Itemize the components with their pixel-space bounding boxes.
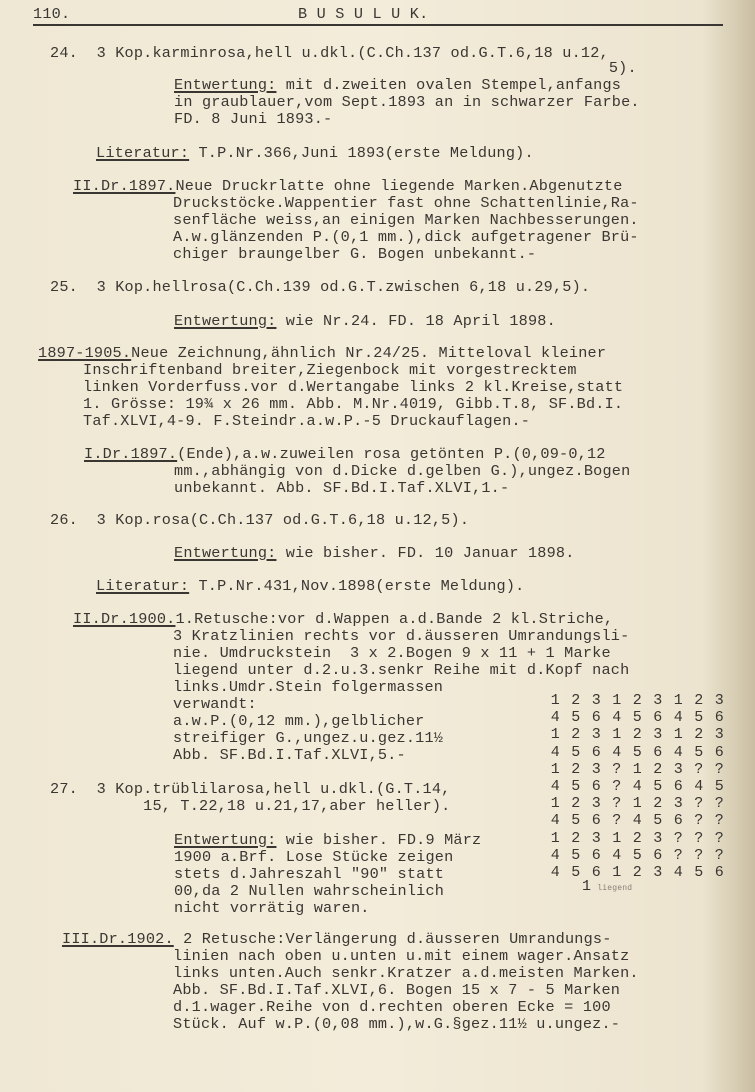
entry-25-line-1: 25. 3 Kop.hellrosa(C.Ch.139 od.G.T.zwisc…: [50, 279, 590, 296]
grid-row: 456?456??: [545, 812, 730, 829]
grid-cell: 4: [627, 812, 648, 829]
grid-cell: 2: [566, 795, 587, 812]
grid-cell: 4: [668, 864, 689, 881]
grid-row: 456456456: [545, 709, 730, 726]
grid-cell: 5: [566, 812, 587, 829]
literatur-label: Literatur:: [96, 144, 189, 162]
grid-cell: 6: [668, 778, 689, 795]
dr2-1900-line-7: a.w.P.(0,12 mm.),gelblicher: [173, 713, 424, 730]
grid-cell: 6: [709, 709, 730, 726]
grid-cell: 4: [545, 709, 566, 726]
page-title: B U S U L U K.: [298, 6, 428, 23]
grid-cell: 5: [689, 709, 710, 726]
page-number: 110.: [33, 6, 70, 23]
grid-cell: 1: [668, 692, 689, 709]
grid-cell: 4: [607, 744, 628, 761]
grid-cell: 3: [586, 795, 607, 812]
grid-cell: 1: [607, 830, 628, 847]
dr2-1897-line-5: chiger braungelber G. Bogen unbekannt.-: [173, 246, 536, 263]
grid-cell: 2: [566, 726, 587, 743]
grid-cell: ?: [709, 812, 730, 829]
grid-cell: 6: [586, 778, 607, 795]
document-page: 110. B U S U L U K. 24. 3 Kop.karminrosa…: [0, 0, 755, 1092]
grid-cell: 4: [545, 812, 566, 829]
dr3-1902-line-4: Abb. SF.Bd.I.Taf.XLVI,6. Bogen 15 x 7 - …: [173, 982, 620, 999]
grid-cell: 3: [648, 864, 669, 881]
entry-24-entwertung: Entwertung: mit d.zweiten ovalen Stempel…: [174, 77, 621, 94]
grid-cell: 4: [689, 778, 710, 795]
transfer-stone-grid: 123123123456456456123123123456456456123?…: [545, 692, 730, 881]
entry-24-entwertung-line-2: in graublauer,vom Sept.1893 an in schwar…: [174, 94, 640, 111]
grid-cell: ?: [607, 778, 628, 795]
grid-cell: 6: [709, 864, 730, 881]
entry-27-ent-line-3: stets d.Jahreszahl "90" statt: [174, 866, 444, 883]
grid-cell: 4: [627, 778, 648, 795]
grid-cell: 1: [607, 726, 628, 743]
grid-cell: 3: [648, 830, 669, 847]
grid-cell: 4: [607, 709, 628, 726]
grid-cell: 1: [545, 830, 566, 847]
period-line-4: 1. Grösse: 19¾ x 26 mm. Abb. M.Nr.4019, …: [83, 396, 623, 413]
dr2-1900-line-1: II.Dr.1900.1.Retusche:vor d.Wappen a.d.B…: [73, 611, 613, 628]
header-rule: [33, 24, 723, 26]
dr3-1902-line-5: d.1.wager.Reihe von d.rechten oberen Eck…: [173, 999, 611, 1016]
dr2-1900-line-4: liegend unter d.2.u.3.senkr Reihe mit d.…: [173, 662, 629, 679]
grid-cell: 1: [545, 692, 566, 709]
grid-cell: 2: [648, 795, 669, 812]
dr3-1902-line-2: linien nach oben u.unten u.mit einem wag…: [173, 948, 629, 965]
entry-27-ent-line-5: nicht vorrätig waren.: [174, 900, 370, 917]
grid-cell: ?: [709, 795, 730, 812]
entry-24-literatur: Literatur: T.P.Nr.366,Juni 1893(erste Me…: [96, 145, 534, 162]
entry-27-ent-line-4: 00,da 2 Nullen wahrscheinlich: [174, 883, 444, 900]
grid-cell: ?: [689, 761, 710, 778]
grid-cell: 6: [586, 709, 607, 726]
entry-27-line-2: 15, T.22,18 u.21,17,aber heller).: [50, 798, 451, 815]
grid-cell: 6: [648, 847, 669, 864]
dr2-1900-line-5: links.Umdr.Stein folgermassen: [173, 679, 443, 696]
grid-cell: 3: [709, 726, 730, 743]
dr1-1897-line-1: I.Dr.1897.(Ende),a.w.zuweilen rosa getön…: [84, 446, 606, 463]
grid-cell: ?: [709, 830, 730, 847]
dr2-1900-label: II.Dr.1900.: [73, 610, 175, 628]
grid-row: 123123123: [545, 692, 730, 709]
grid-cell: 2: [648, 761, 669, 778]
grid-cell: 2: [689, 726, 710, 743]
grid-cell: 6: [586, 744, 607, 761]
grid-cell: 3: [668, 761, 689, 778]
entry-26-entwertung: Entwertung: wie bisher. FD. 10 Januar 18…: [174, 545, 575, 562]
grid-row: 123?123??: [545, 795, 730, 812]
grid-cell: ?: [668, 830, 689, 847]
grid-cell: 5: [648, 778, 669, 795]
grid-cell: 1: [545, 761, 566, 778]
grid-row: 123?123??: [545, 761, 730, 778]
grid-cell: 2: [627, 830, 648, 847]
grid-cell: 3: [586, 726, 607, 743]
grid-cell: 3: [586, 761, 607, 778]
period-line-2: Inschriftenband breiter,Ziegenbock mit v…: [83, 362, 577, 379]
entry-26-line-1: 26. 3 Kop.rosa(C.Ch.137 od.G.T.6,18 u.12…: [50, 512, 469, 529]
grid-row: 456456???: [545, 847, 730, 864]
grid-cell: 4: [607, 847, 628, 864]
grid-cell: 4: [668, 744, 689, 761]
grid-cell: 5: [566, 778, 587, 795]
dr2-1900-line-9: Abb. SF.Bd.I.Taf.XLVI,5.-: [173, 747, 406, 764]
dr2-1900-line-3: nie. Umdruckstein 3 x 2.Bogen 9 x 11 + 1…: [173, 645, 611, 662]
grid-cell: 2: [566, 761, 587, 778]
grid-cell: 1: [668, 726, 689, 743]
dr2-1900-line-6: verwandt:: [173, 696, 257, 713]
period-line-3: linken Vorderfuss.vor d.Wertangabe links…: [83, 379, 623, 396]
grid-cell: 5: [648, 812, 669, 829]
entwertung-label: Entwertung:: [174, 76, 276, 94]
grid-cell: 5: [627, 847, 648, 864]
entry-27-entwertung: Entwertung: wie bisher. FD.9 März: [174, 832, 481, 849]
grid-row: 123123123: [545, 726, 730, 743]
grid-cell: 4: [668, 709, 689, 726]
period-line-5: Taf.XLVI,4-9. F.Steindr.a.w.P.-5 Druckau…: [83, 413, 530, 430]
grid-cell: 2: [566, 830, 587, 847]
grid-cell: 2: [689, 692, 710, 709]
dr2-1897-line-4: A.w.glänzenden P.(0,1 mm.),dick aufgetra…: [173, 229, 639, 246]
dr2-1897-label: II.Dr.1897.: [73, 177, 175, 195]
entry-25-entwertung: Entwertung: wie Nr.24. FD. 18 April 1898…: [174, 313, 556, 330]
grid-row: 123123???: [545, 830, 730, 847]
handwritten-annotation: liegend: [597, 884, 632, 893]
dr3-1902-line-6: Stück. Auf w.P.(0,08 mm.),w.G.§gez.11½ u…: [173, 1016, 620, 1033]
grid-cell: ?: [668, 847, 689, 864]
dr1-1897-label: I.Dr.1897.: [84, 445, 177, 463]
grid-footnote: 1liegend: [582, 878, 632, 897]
entry-27-ent-line-2: 1900 a.Brf. Lose Stücke zeigen: [174, 849, 453, 866]
dr2-1900-line-2: 3 Kratzlinien rechts vor d.äusseren Umra…: [173, 628, 629, 645]
grid-cell: 3: [709, 692, 730, 709]
grid-cell: 6: [648, 744, 669, 761]
grid-cell: 6: [668, 812, 689, 829]
period-line-1: 1897-1905.Neue Zeichnung,ähnlich Nr.24/2…: [38, 345, 606, 362]
grid-cell: 6: [586, 812, 607, 829]
grid-cell: ?: [689, 847, 710, 864]
period-label: 1897-1905.: [38, 344, 131, 362]
grid-cell: 1: [545, 726, 566, 743]
grid-cell: 3: [648, 692, 669, 709]
entry-27-line-1: 27. 3 Kop.trüblilarosa,hell u.dkl.(G.T.1…: [50, 781, 451, 798]
grid-cell: 2: [627, 692, 648, 709]
grid-row: 456123456: [545, 864, 730, 881]
dr2-1900-line-8: streifiger G.,ungez.u.gez.11½: [173, 730, 443, 747]
grid-cell: ?: [607, 812, 628, 829]
entry-24-line-2: 5).: [50, 60, 637, 77]
grid-cell: 1: [545, 795, 566, 812]
grid-cell: 3: [586, 830, 607, 847]
dr3-1902-label: III.Dr.1902.: [62, 930, 174, 948]
grid-cell: 2: [566, 692, 587, 709]
grid-cell: 5: [566, 847, 587, 864]
grid-cell: 2: [627, 726, 648, 743]
grid-cell: 1: [627, 795, 648, 812]
grid-cell: 5: [689, 744, 710, 761]
grid-cell: 6: [648, 709, 669, 726]
grid-cell: 4: [545, 864, 566, 881]
grid-cell: 5: [627, 744, 648, 761]
grid-row: 456?45645: [545, 778, 730, 795]
dr2-1897-line-1: II.Dr.1897.Neue Druckrlatte ohne liegend…: [73, 178, 623, 195]
grid-cell: 5: [566, 744, 587, 761]
grid-cell: ?: [709, 847, 730, 864]
grid-row: 456456456: [545, 744, 730, 761]
grid-cell: ?: [607, 761, 628, 778]
grid-cell: 4: [545, 744, 566, 761]
grid-cell: 5: [689, 864, 710, 881]
grid-cell: 1: [627, 761, 648, 778]
grid-cell: 5: [627, 709, 648, 726]
grid-cell: 4: [545, 778, 566, 795]
grid-cell: 5: [566, 709, 587, 726]
dr1-1897-line-3: unbekannt. Abb. SF.Bd.I.Taf.XLVI,1.-: [174, 480, 509, 497]
dr2-1897-line-3: senfläche weiss,an einigen Marken Nachbe…: [173, 212, 639, 229]
dr3-1902-line-1: III.Dr.1902. 2 Retusche:Verlängerung d.ä…: [62, 931, 612, 948]
entry-26-literatur: Literatur: T.P.Nr.431,Nov.1898(erste Mel…: [96, 578, 524, 595]
grid-cell: 4: [545, 847, 566, 864]
grid-cell: ?: [689, 830, 710, 847]
entry-24-entwertung-line-3: FD. 8 Juni 1893.-: [174, 111, 332, 128]
grid-cell: 1: [607, 692, 628, 709]
grid-cell: 6: [586, 847, 607, 864]
grid-cell: 3: [668, 795, 689, 812]
grid-cell: ?: [709, 761, 730, 778]
grid-cell: ?: [607, 795, 628, 812]
grid-cell: ?: [689, 795, 710, 812]
dr2-1897-line-2: Druckstöcke.Wappentier fast ohne Schatte…: [173, 195, 639, 212]
grid-cell: ?: [689, 812, 710, 829]
grid-cell: 6: [709, 744, 730, 761]
grid-cell: 3: [648, 726, 669, 743]
grid-cell: 5: [709, 778, 730, 795]
grid-cell: 3: [586, 692, 607, 709]
dr1-1897-line-2: mm.,abhängig von d.Dicke d.gelben G.),un…: [174, 463, 630, 480]
dr3-1902-line-3: links unten.Auch senkr.Kratzer a.d.meist…: [173, 965, 639, 982]
